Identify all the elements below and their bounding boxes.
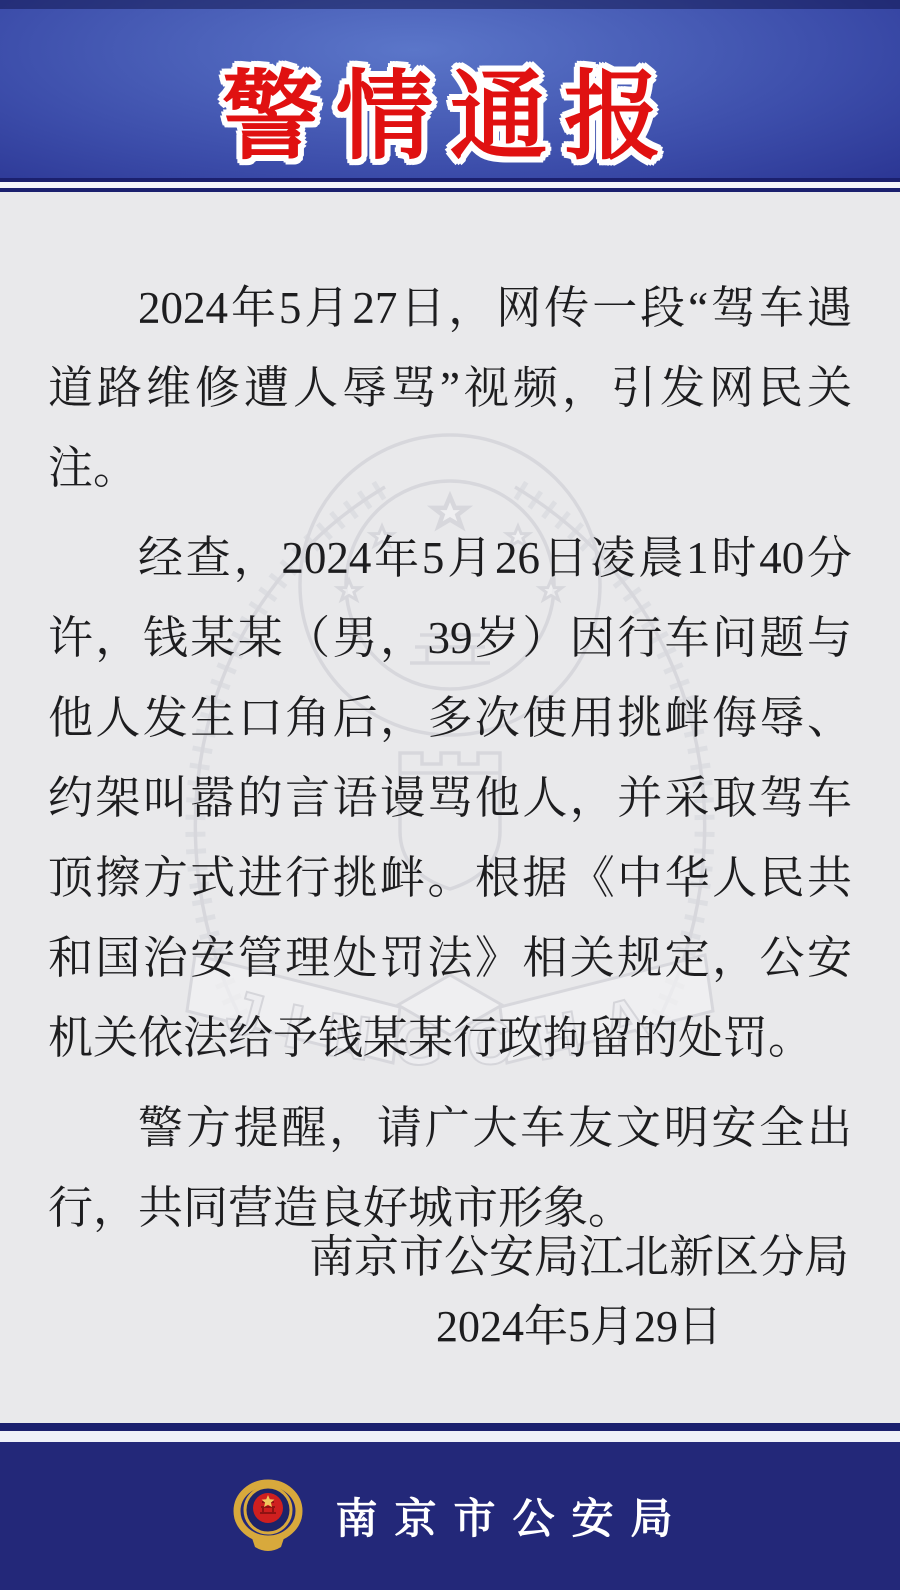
paragraph-2: 经查，2024年5月26日凌晨1时40分许，钱某某（男，39岁）因行车问题与他人… bbox=[48, 518, 852, 1078]
header-banner: 警情通报 bbox=[0, 0, 900, 178]
notice-title: 警情通报 bbox=[0, 38, 900, 178]
footer-agency-name: 南京市公安局 bbox=[335, 1486, 689, 1546]
paragraph-1: 2024年5月27日，网传一段“驾车遇道路维修遭人辱骂”视频，引发网民关注。 bbox=[48, 268, 852, 508]
footer-divider-lines bbox=[0, 1423, 900, 1442]
issue-date: 2024年5月29日 bbox=[309, 1292, 849, 1362]
police-badge-icon bbox=[227, 1473, 309, 1559]
header-top-strip bbox=[0, 0, 900, 9]
police-notice-poster: 警情通报 JINGCHA 2024年5月27日 bbox=[0, 0, 900, 1590]
footer-bar: 南京市公安局 bbox=[0, 1442, 900, 1590]
notice-body: 2024年5月27日，网传一段“驾车遇道路维修遭人辱骂”视频，引发网民关注。 经… bbox=[0, 192, 900, 1423]
header-divider-lines bbox=[0, 178, 900, 192]
signature-block: 南京市公安局江北新区分局 2024年5月29日 bbox=[309, 1222, 849, 1362]
issuing-authority: 南京市公安局江北新区分局 bbox=[309, 1222, 849, 1292]
